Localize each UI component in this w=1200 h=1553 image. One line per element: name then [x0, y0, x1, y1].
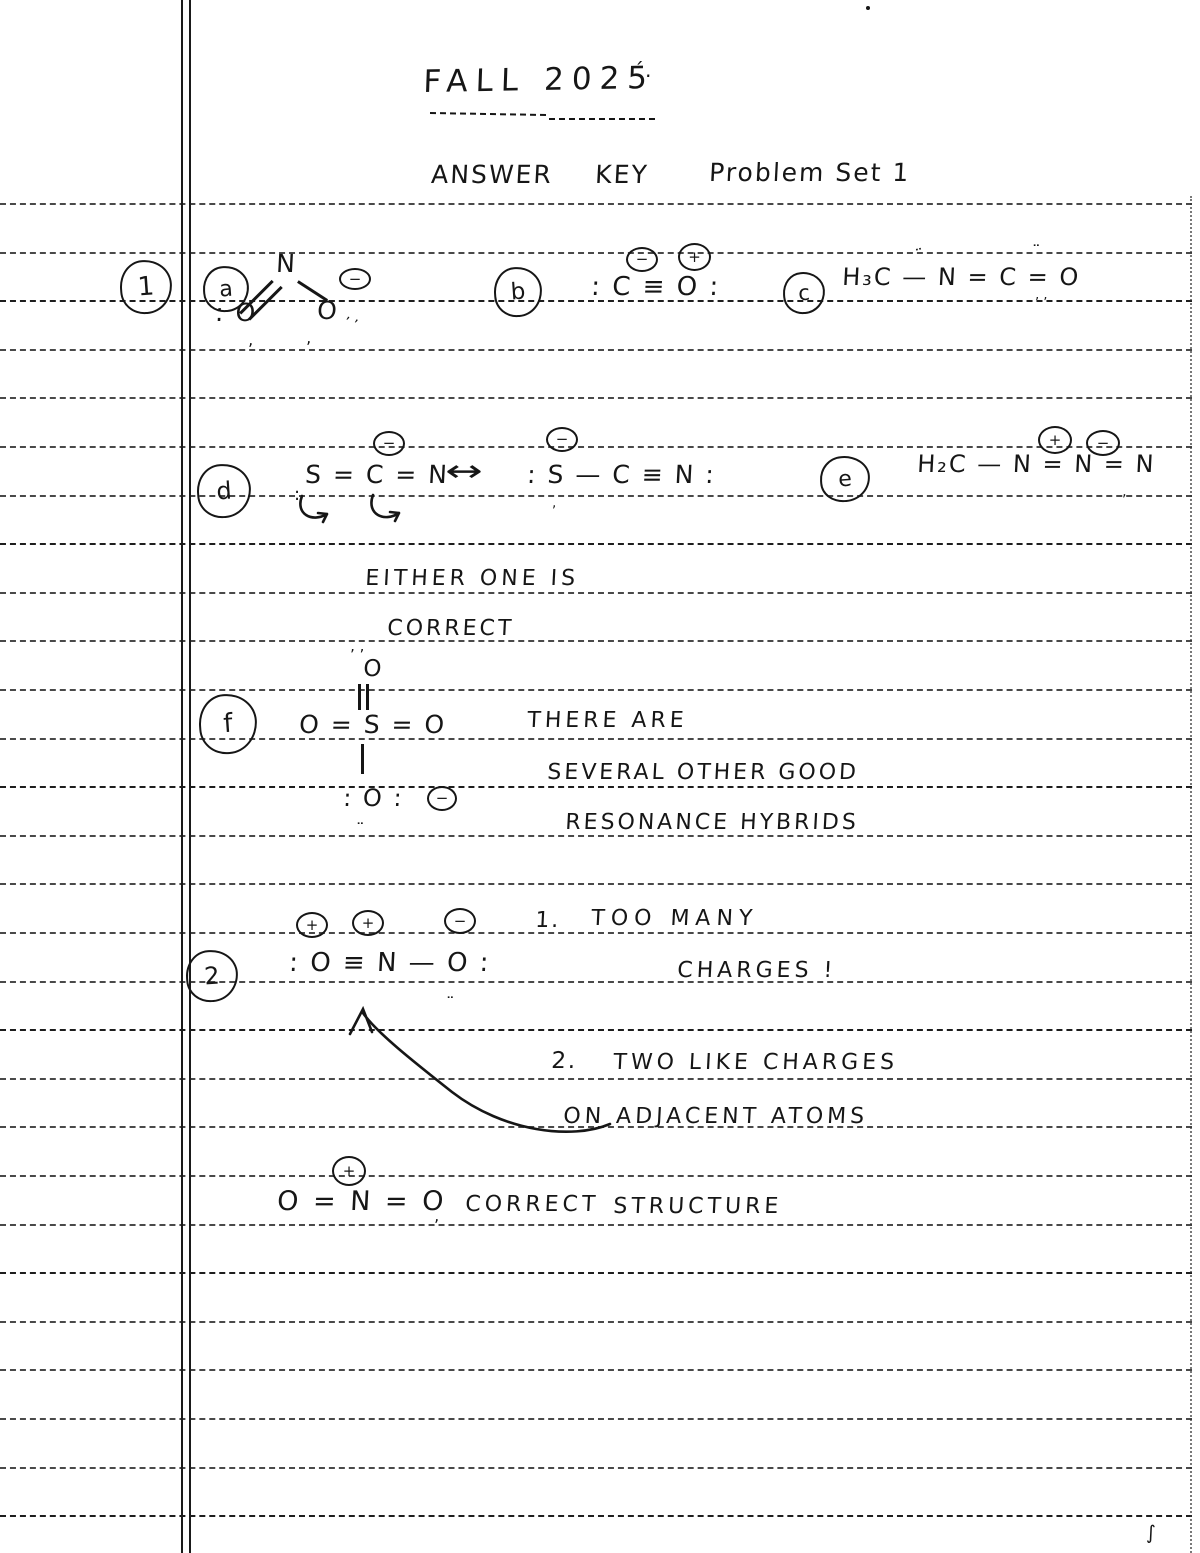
- reason-2-text-line2: ON ADJACENT ATOMS: [563, 1104, 869, 1129]
- ruled-line: [0, 883, 1192, 885]
- part-d-label: d: [195, 462, 253, 520]
- problem-2-correct-structure: O = N = O: [276, 1186, 447, 1217]
- part-f-atom-o-top: O: [363, 656, 384, 682]
- right-edge-dotted-line: [1190, 196, 1192, 1553]
- verdict-word-1: CORRECT: [465, 1192, 600, 1217]
- lone-pair-dots: ‚: [552, 496, 556, 511]
- ruled-line: [0, 1515, 1192, 1517]
- lone-pair-dots: ’ ’: [1035, 296, 1047, 311]
- ruled-line: [0, 592, 1192, 594]
- curved-arrow-icon: [296, 492, 336, 524]
- title-underline-1: [430, 112, 546, 116]
- problem-2-correct-plus-charge: +: [332, 1156, 366, 1186]
- ruled-line: [0, 203, 1192, 205]
- part-f-minus-charge: −: [427, 786, 457, 811]
- ruled-line: [0, 543, 1192, 545]
- part-b-plus-charge: +: [678, 243, 711, 271]
- verdict-word-2: STRUCTURE: [613, 1194, 783, 1219]
- part-d-right-minus-charge: −: [546, 427, 578, 452]
- reason-2-number: 2.: [551, 1048, 578, 1074]
- page-title-period: ´.: [633, 58, 655, 82]
- problem-2-number: 2: [184, 948, 240, 1004]
- margin-line-right: [189, 0, 191, 1553]
- note-either-line2: CORRECT: [387, 616, 515, 641]
- note-f-line2: SEVERAL OTHER GOOD: [547, 760, 860, 785]
- ruled-line: [0, 932, 1192, 934]
- part-f-atom-o-bottom: : O :: [343, 784, 405, 812]
- page-title: FALL 2025: [423, 60, 656, 100]
- ruled-line: [0, 1467, 1192, 1469]
- scanned-answer-key-page: FALL 2025 ´. ANSWER KEY Problem Set 1 1 …: [0, 0, 1200, 1553]
- corner-squiggle-mark: ∫: [1146, 1522, 1156, 1544]
- ruled-line: [0, 738, 1192, 740]
- ruled-line: [0, 252, 1192, 254]
- ruled-line: [0, 1272, 1192, 1274]
- problem-2-minus-charge: −: [444, 908, 476, 934]
- ruled-line: [0, 349, 1192, 351]
- lone-pair-dots: ‚: [1122, 484, 1126, 500]
- resonance-arrow: ↔: [444, 454, 487, 489]
- lone-pair-dots: ‚: [306, 328, 311, 347]
- ruled-line: [0, 1224, 1192, 1226]
- ruled-line: [0, 981, 1192, 983]
- part-e-plus-charge: +: [1038, 426, 1072, 454]
- part-d-right-formula: : S — C ≡ N :: [526, 460, 716, 489]
- curved-arrow-icon: [366, 490, 406, 524]
- part-f-label: f: [197, 692, 259, 756]
- margin-line-left: [181, 0, 183, 1553]
- lone-pair-dots: ¨: [1032, 242, 1041, 262]
- part-a-atom-o-right: O: [316, 296, 339, 325]
- page-subtitle-key: KEY: [594, 160, 649, 189]
- stray-dot: [866, 6, 870, 10]
- lone-pair-dots: ‚: [434, 1206, 439, 1225]
- problem-2-plus-charge-2: +: [352, 910, 384, 936]
- part-f-row-formula: O = S = O: [298, 710, 446, 739]
- part-a-atom-n: N: [275, 249, 297, 278]
- ruled-line: [0, 495, 1192, 497]
- part-c-label: c: [782, 271, 827, 316]
- part-b-label: b: [492, 265, 543, 318]
- ruled-line: [0, 1418, 1192, 1420]
- part-b-formula: : C ≡ O :: [590, 272, 721, 302]
- part-e-formula: H₂C — N = N = N: [917, 450, 1157, 478]
- reason-1-text: TOO MANY: [591, 906, 759, 931]
- ruled-line: [0, 1369, 1192, 1371]
- ruled-line: [0, 397, 1192, 399]
- problem-1-number: 1: [118, 258, 174, 315]
- part-d-left-formula: S = C = N: [304, 460, 449, 489]
- note-either-line1: EITHER ONE IS: [365, 566, 580, 591]
- ruled-line: [0, 689, 1192, 691]
- page-subtitle-answer: ANSWER: [430, 160, 553, 189]
- lone-pair-dots: ¨: [356, 820, 365, 840]
- ruled-line: [0, 786, 1192, 788]
- note-f-line1: THERE ARE: [527, 708, 689, 733]
- problem-2-wrong-structure: : O ≡ N — O :: [288, 948, 491, 978]
- part-a-minus-charge: −: [339, 268, 371, 290]
- double-bond-line: [358, 684, 361, 710]
- ruled-line: [0, 1175, 1192, 1177]
- single-bond-line: [361, 744, 364, 774]
- page-subtitle-problem-set: Problem Set 1: [708, 158, 911, 187]
- lone-pair-dots: ’ ’: [342, 314, 360, 333]
- problem-2-plus-charge-1: +: [296, 912, 328, 938]
- title-underline-2: [549, 118, 655, 120]
- lone-pair-dots: ’ ’: [350, 646, 364, 664]
- part-b-minus-charge: −: [626, 247, 658, 272]
- part-a-atom-o-left: : O: [214, 298, 258, 327]
- note-f-line3: RESONANCE HYBRIDS: [565, 810, 860, 835]
- ruled-line: [0, 1321, 1192, 1323]
- ruled-line: [0, 446, 1192, 448]
- double-bond-line: [366, 684, 369, 710]
- part-e-minus-charge: −: [1086, 430, 1120, 456]
- lone-pair-dots: ‚: [248, 330, 253, 349]
- ruled-line: [0, 835, 1192, 837]
- part-c-formula: H₃C — N = C = O: [842, 263, 1081, 291]
- ruled-line: [0, 640, 1192, 642]
- part-d-left-minus-charge: −: [373, 431, 405, 456]
- reason-1-number: 1.: [535, 908, 561, 933]
- reason-2-text: TWO LIKE CHARGES: [613, 1050, 899, 1075]
- reason-1-text-line2: CHARGES !: [677, 958, 837, 983]
